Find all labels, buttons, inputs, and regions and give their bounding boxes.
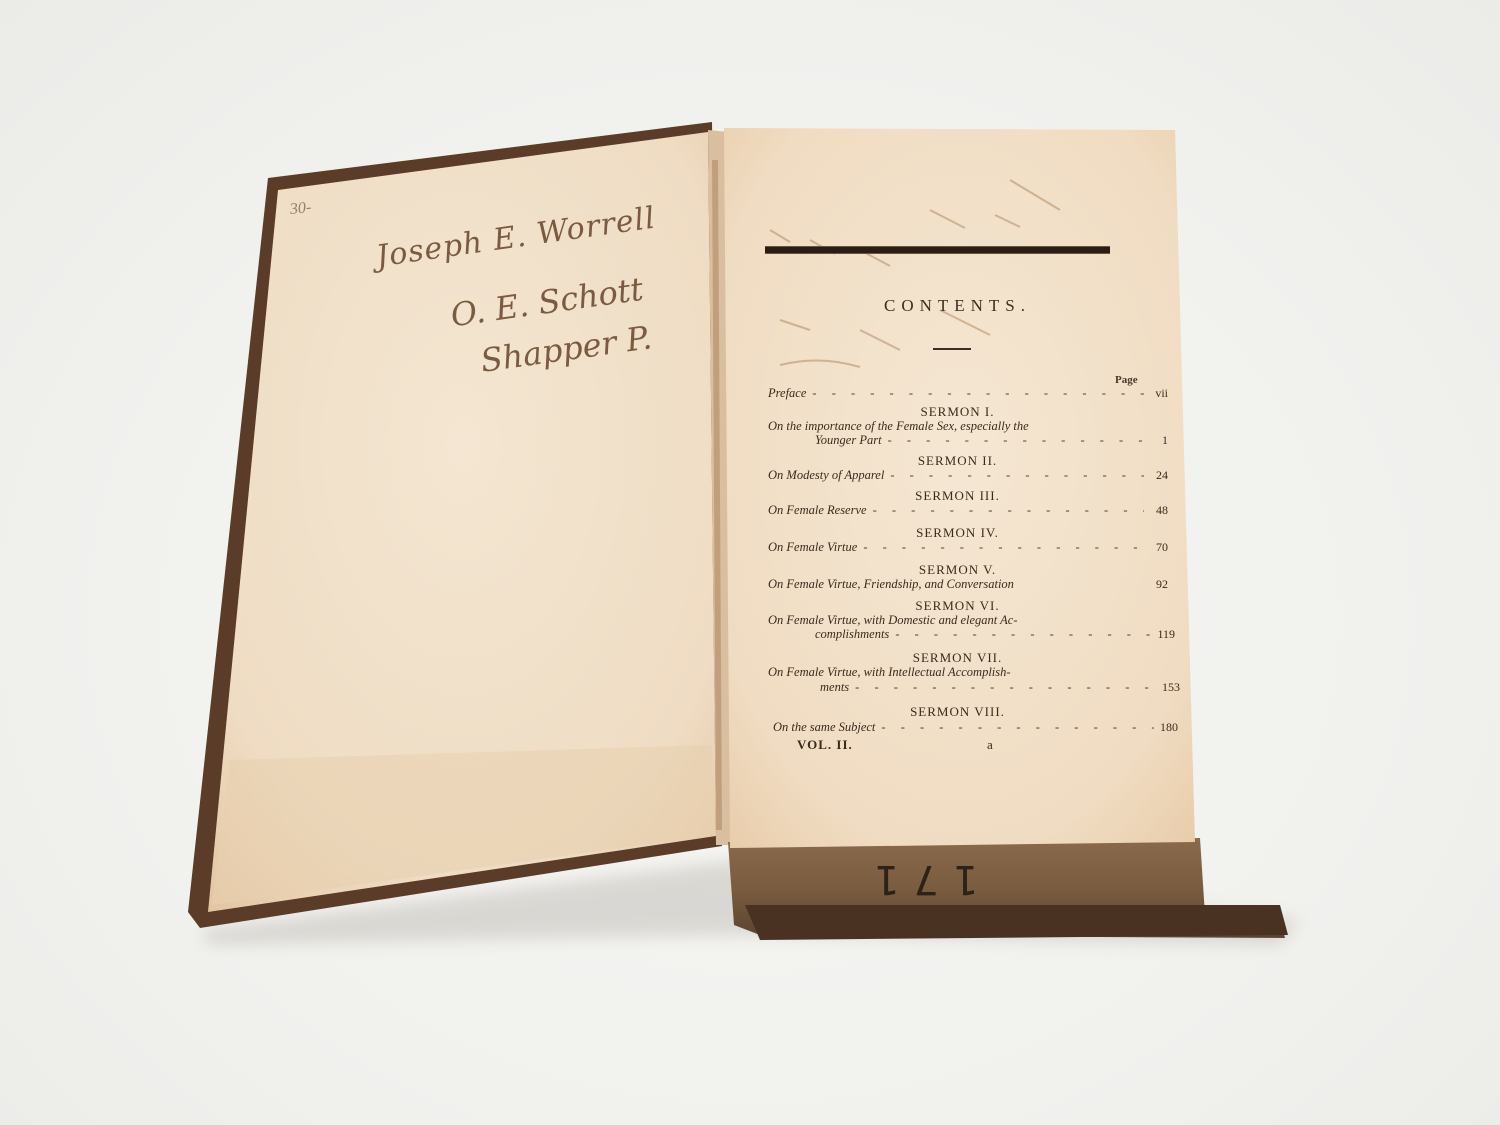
photo-scene: 30- Joseph E. Worrell O. E. Schott Shapp…	[0, 0, 1500, 1125]
toc-page: 70	[1144, 540, 1168, 555]
toc-label: Younger Part	[815, 433, 882, 448]
title-rule	[933, 348, 971, 350]
page-column-label: Page	[1115, 374, 1138, 386]
gathering-signature: a	[987, 737, 993, 753]
toc-page: 119	[1151, 627, 1175, 642]
toc-label: Preface	[768, 386, 806, 401]
toc-label: On Modesty of Apparel	[768, 468, 884, 483]
toc-label: On the same Subject	[773, 720, 875, 735]
toc-entry: On Female Reserve - - - - - - - - - - - …	[768, 503, 1168, 518]
toc-page: 180	[1154, 720, 1178, 735]
toc-page: 48	[1144, 503, 1168, 518]
corner-note: 30-	[289, 199, 312, 219]
toc-page: 24	[1144, 468, 1168, 483]
sermon-heading: SERMON IV.	[735, 525, 1180, 541]
toc-entry: Younger Part - - - - - - - - - - - - - -…	[815, 433, 1168, 448]
sermon-heading: SERMON VII.	[735, 650, 1180, 666]
toc-entry: On the same Subject - - - - - - - - - - …	[773, 720, 1178, 735]
toc-label: complishments	[815, 627, 889, 642]
toc-preface: Preface - - - - - - - - - - - - - - - - …	[768, 386, 1168, 401]
toc-label: On Female Virtue, Friendship, and Conver…	[768, 577, 1014, 592]
contents-title: CONTENTS.	[735, 296, 1180, 316]
toc-line: On Female Virtue, with Domestic and eleg…	[768, 613, 1168, 628]
header-rule	[765, 246, 1110, 254]
sermon-heading: SERMON I.	[735, 404, 1180, 420]
toc-label: ments	[820, 680, 849, 695]
toc-entry: On Modesty of Apparel - - - - - - - - - …	[768, 468, 1168, 483]
toc-entry: On Female Virtue, Friendship, and Conver…	[768, 577, 1168, 592]
toc-label: On Female Virtue	[768, 540, 857, 555]
toc-page: vii	[1144, 386, 1168, 401]
sermon-heading: SERMON V.	[735, 562, 1180, 578]
toc-line: On Female Virtue, with Intellectual Acco…	[768, 665, 1168, 680]
sermon-heading: SERMON III.	[735, 488, 1180, 504]
toc-entry: complishments - - - - - - - - - - - - - …	[815, 627, 1175, 642]
toc-page: 1	[1144, 433, 1168, 448]
sermon-heading: SERMON VI.	[735, 598, 1180, 614]
contents-page: CONTENTS. Page Preface - - - - - - - - -…	[735, 130, 1180, 830]
sermon-heading: SERMON II.	[735, 453, 1180, 469]
toc-line: On the importance of the Female Sex, esp…	[768, 419, 1168, 434]
sermon-heading: SERMON VIII.	[735, 704, 1180, 720]
volume-signature: VOL. II.	[797, 737, 853, 753]
fore-edge-number: 171	[860, 856, 978, 902]
toc-label: On Female Reserve	[768, 503, 867, 518]
toc-entry: ments - - - - - - - - - - - - - - - - - …	[820, 680, 1180, 695]
toc-entry: On Female Virtue - - - - - - - - - - - -…	[768, 540, 1168, 555]
toc-page: 153	[1156, 680, 1180, 695]
toc-page: 92	[1144, 577, 1168, 592]
